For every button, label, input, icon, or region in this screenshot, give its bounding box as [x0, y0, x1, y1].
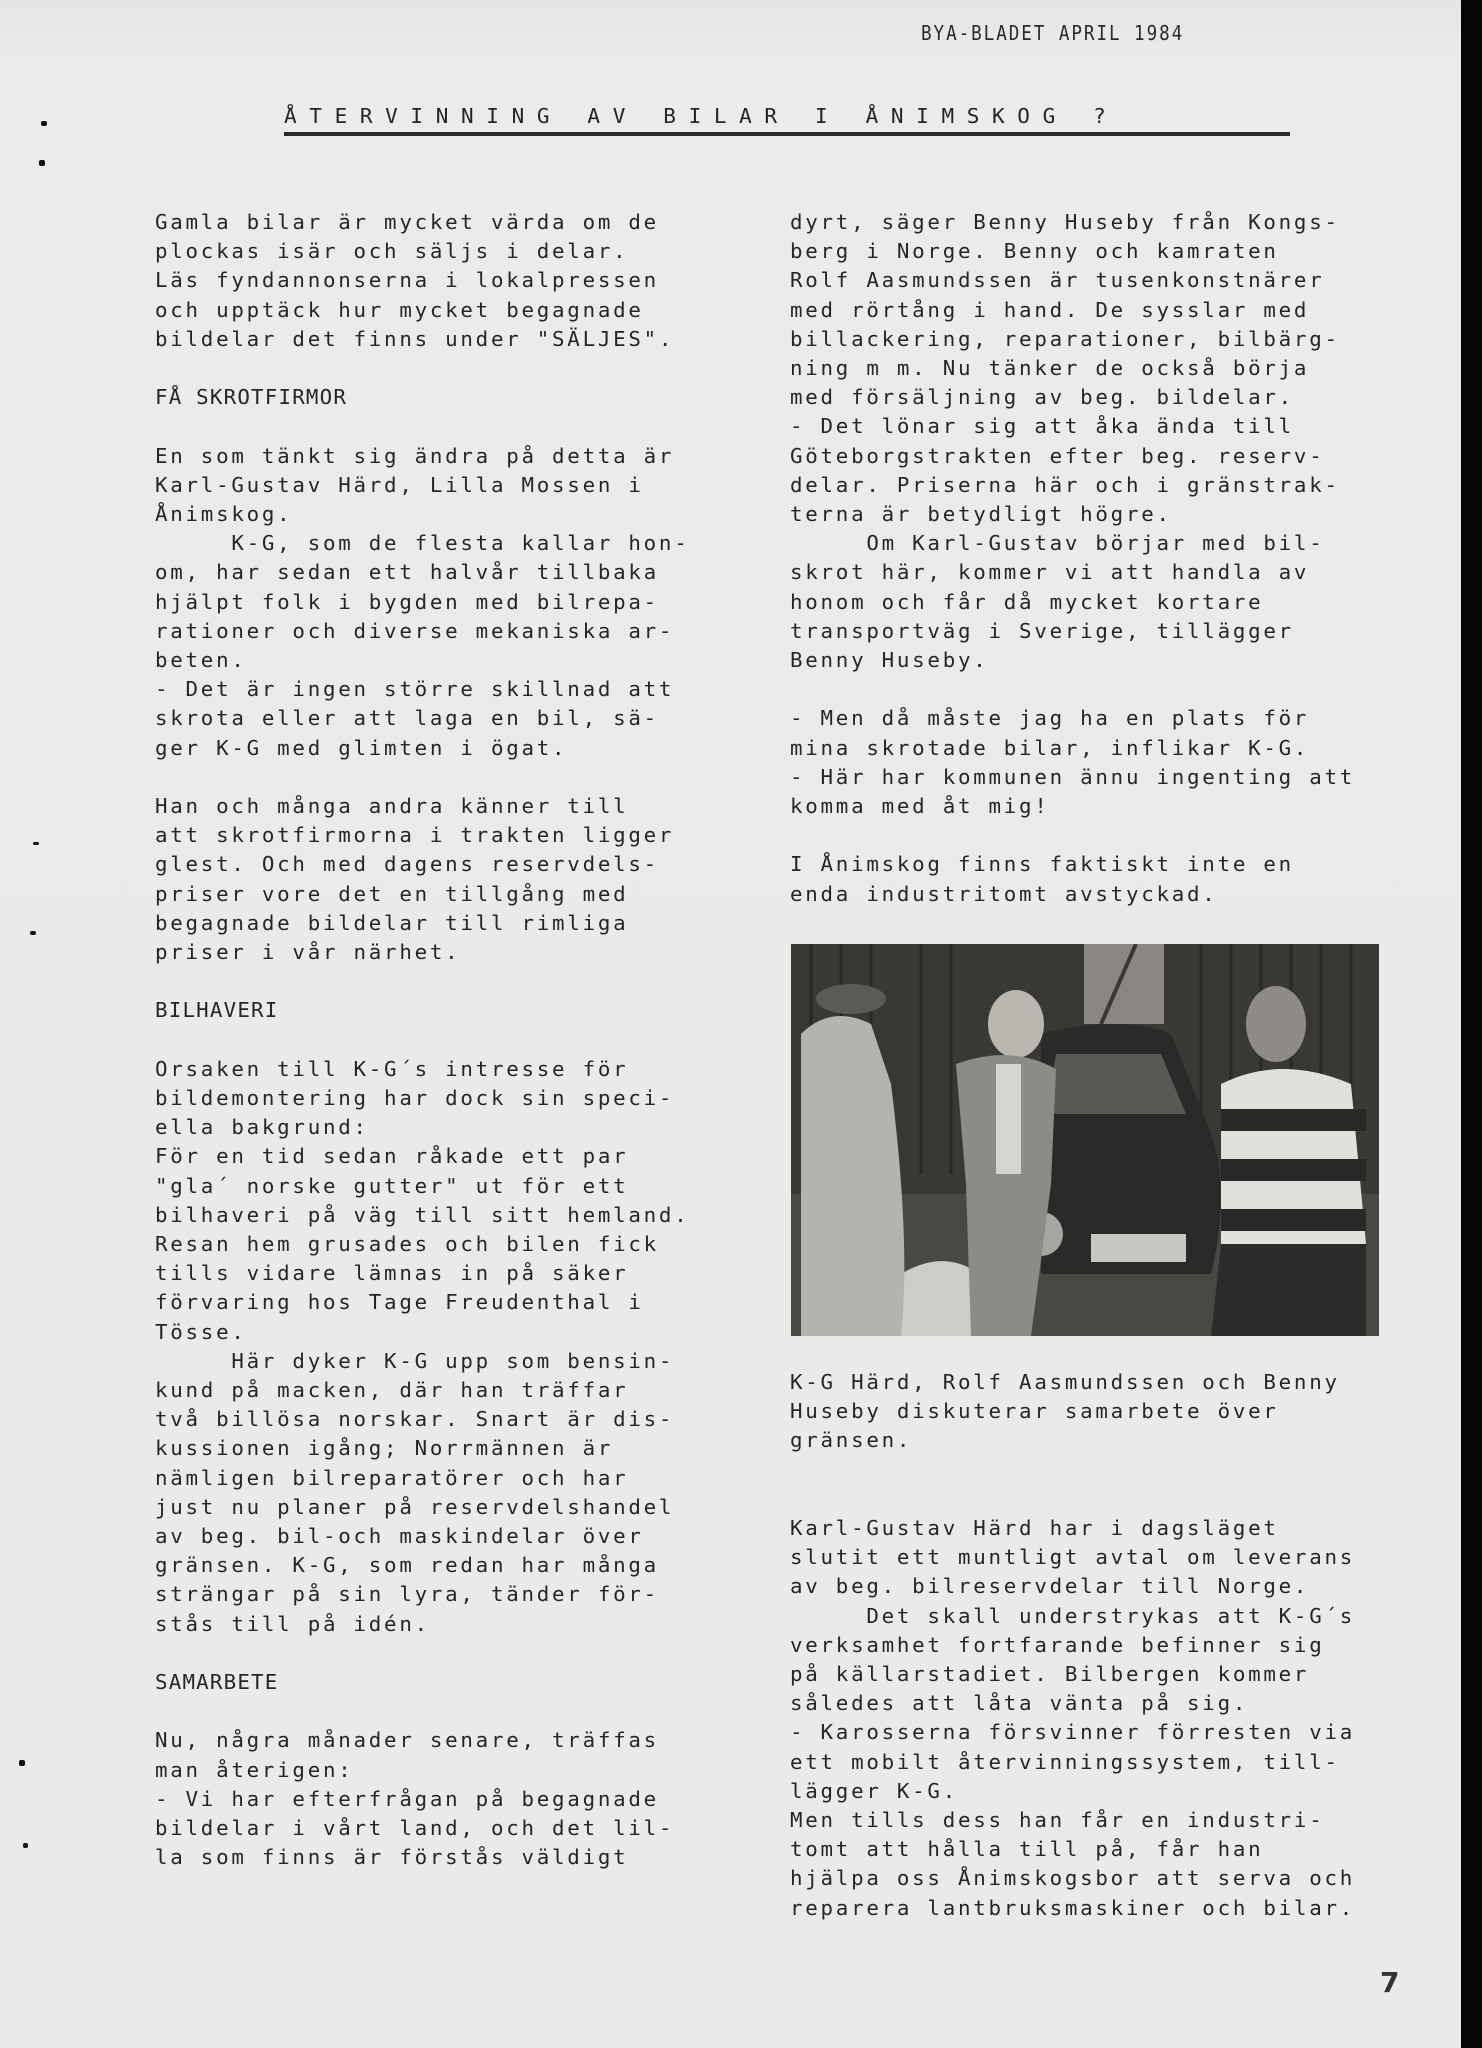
- text-line: med försäljning av beg. bildelar.: [790, 383, 1355, 412]
- title-underline: [284, 132, 1290, 136]
- right-column: dyrt, säger Benny Huseby från Kongs-berg…: [790, 208, 1355, 909]
- text-line: Han och många andra känner till: [155, 792, 689, 821]
- text-line: Huseby diskuterar samarbete över: [790, 1397, 1340, 1426]
- text-line: terna är betydligt högre.: [790, 500, 1355, 529]
- text-line: verksamhet fortfarande befinner sig: [790, 1631, 1355, 1660]
- text-line: gränsen. K-G, som redan har många: [155, 1551, 689, 1580]
- right-column-lower: Karl-Gustav Härd har i dagslägetslutit e…: [790, 1514, 1355, 1923]
- margin-mark: [30, 931, 36, 935]
- text-line: Läs fyndannonserna i lokalpressen: [155, 266, 689, 295]
- paragraph: En som tänkt sig ändra på detta ärKarl-G…: [155, 442, 689, 763]
- paragraph: Orsaken till K-G´s intresse förbildemont…: [155, 1055, 689, 1639]
- text-line: reparera lantbruksmaskiner och bilar.: [790, 1894, 1355, 1923]
- paragraph: Han och många andra känner tillatt skrot…: [155, 792, 689, 967]
- text-line: - Vi har efterfrågan på begagnade: [155, 1785, 689, 1814]
- text-line: Göteborgstrakten efter beg. reserv-: [790, 442, 1355, 471]
- text-line: Resan hem grusades och bilen fick: [155, 1230, 689, 1259]
- text-line: Karl-Gustav Härd har i dagsläget: [790, 1514, 1355, 1543]
- text-line: mina skrotade bilar, inflikar K-G.: [790, 734, 1355, 763]
- publication-header: BYA-BLADET APRIL 1984: [921, 21, 1184, 45]
- text-line: bildelar det finns under "SÄLJES".: [155, 325, 689, 354]
- margin-mark: [33, 842, 39, 845]
- paragraph: - Men då måste jag ha en plats förmina s…: [790, 704, 1355, 821]
- left-column: Gamla bilar är mycket värda om deplockas…: [155, 208, 689, 1872]
- text-line: Karl-Gustav Härd, Lilla Mossen i: [155, 471, 689, 500]
- text-line: nämligen bilreparatörer och har: [155, 1464, 689, 1493]
- margin-mark: [39, 160, 45, 166]
- text-line: priser vore det en tillgång med: [155, 880, 689, 909]
- text-line: bildemontering har dock sin speci-: [155, 1084, 689, 1113]
- text-line: ger K-G med glimten i ögat.: [155, 734, 689, 763]
- text-line: hjälpa oss Ånimskogsbor att serva och: [790, 1864, 1355, 1893]
- article-title: Å T E R V I N N I N G A V B I L A R I Å …: [284, 104, 1106, 128]
- text-line: Men tills dess han får en industri-: [790, 1806, 1355, 1835]
- text-line: ett mobilt återvinningssystem, till-: [790, 1748, 1355, 1777]
- text-line: således att låta vänta på sig.: [790, 1689, 1355, 1718]
- text-line: om, har sedan ett halvår tillbaka: [155, 558, 689, 587]
- text-line: berg i Norge. Benny och kamraten: [790, 237, 1355, 266]
- margin-mark: [23, 1843, 28, 1848]
- text-line: gränsen.: [790, 1426, 1340, 1455]
- text-line: skrot här, kommer vi att handla av: [790, 558, 1355, 587]
- text-line: på källarstadiet. Bilbergen kommer: [790, 1660, 1355, 1689]
- text-line: ning m m. Nu tänker de också börja: [790, 354, 1355, 383]
- photo-illustration: [791, 944, 1379, 1336]
- margin-mark: [41, 121, 47, 126]
- section-subheading: FÅ SKROTFIRMOR: [155, 383, 689, 412]
- text-line: lägger K-G.: [790, 1777, 1355, 1806]
- text-line: transportväg i Sverige, tillägger: [790, 617, 1355, 646]
- text-line: tills vidare lämnas in på säker: [155, 1259, 689, 1288]
- text-line: med rörtång i hand. De sysslar med: [790, 296, 1355, 325]
- text-line: man återigen:: [155, 1756, 689, 1785]
- text-line: För en tid sedan råkade ett par: [155, 1142, 689, 1171]
- text-line: Benny Huseby.: [790, 646, 1355, 675]
- text-line: enda industritomt avstyckad.: [790, 880, 1355, 909]
- text-line: la som finns är förstås väldigt: [155, 1843, 689, 1872]
- margin-mark: [19, 1760, 25, 1766]
- text-line: delar. Priserna här och i gränstrak-: [790, 471, 1355, 500]
- text-line: Om Karl-Gustav börjar med bil-: [790, 529, 1355, 558]
- text-line: beten.: [155, 646, 689, 675]
- text-line: priser i vår närhet.: [155, 938, 689, 967]
- text-line: kussionen igång; Norrmännen är: [155, 1434, 689, 1463]
- photo-caption: K-G Härd, Rolf Aasmundssen och BennyHuse…: [790, 1368, 1340, 1456]
- text-line: glest. Och med dagens reservdels-: [155, 850, 689, 879]
- text-line: rationer och diverse mekaniska ar-: [155, 617, 689, 646]
- text-line: - Här har kommunen ännu ingenting att: [790, 763, 1355, 792]
- text-line: Nu, några månader senare, träffas: [155, 1726, 689, 1755]
- text-line: Tösse.: [155, 1318, 689, 1347]
- text-line: "gla´ norske gutter" ut för ett: [155, 1172, 689, 1201]
- text-line: I Ånimskog finns faktiskt inte en: [790, 850, 1355, 879]
- text-line: K-G Härd, Rolf Aasmundssen och Benny: [790, 1368, 1340, 1397]
- text-line: - Det lönar sig att åka ända till: [790, 412, 1355, 441]
- text-line: Här dyker K-G upp som bensin-: [155, 1347, 689, 1376]
- text-line: - Men då måste jag ha en plats för: [790, 704, 1355, 733]
- text-line: tomt att hålla till på, får han: [790, 1835, 1355, 1864]
- text-line: Gamla bilar är mycket värda om de: [155, 208, 689, 237]
- text-line: strängar på sin lyra, tänder för-: [155, 1580, 689, 1609]
- text-line: komma med åt mig!: [790, 792, 1355, 821]
- text-line: Rolf Aasmundssen är tusenkonstnärer: [790, 266, 1355, 295]
- paragraph: dyrt, säger Benny Huseby från Kongs-berg…: [790, 208, 1355, 675]
- section-subheading: BILHAVERI: [155, 996, 689, 1025]
- text-line: Orsaken till K-G´s intresse för: [155, 1055, 689, 1084]
- paragraph: Nu, några månader senare, träffasman åte…: [155, 1726, 689, 1872]
- text-line: K-G, som de flesta kallar hon-: [155, 529, 689, 558]
- text-line: billackering, reparationer, bilbärg-: [790, 325, 1355, 354]
- text-line: förvaring hos Tage Freudenthal i: [155, 1288, 689, 1317]
- text-line: att skrotfirmorna i trakten ligger: [155, 821, 689, 850]
- text-line: skrota eller att laga en bil, sä-: [155, 704, 689, 733]
- text-line: begagnade bildelar till rimliga: [155, 909, 689, 938]
- page-number: 7: [1380, 1966, 1399, 1999]
- text-line: två billösa norskar. Snart är dis-: [155, 1405, 689, 1434]
- text-line: plockas isär och säljs i delar.: [155, 237, 689, 266]
- text-line: hjälpt folk i bygden med bilrepa-: [155, 588, 689, 617]
- article-photo: [791, 944, 1379, 1336]
- paragraph: I Ånimskog finns faktiskt inte enenda in…: [790, 850, 1355, 908]
- text-line: Ånimskog.: [155, 500, 689, 529]
- text-line: just nu planer på reservdelshandel: [155, 1493, 689, 1522]
- text-line: Det skall understrykas att K-G´s: [790, 1602, 1355, 1631]
- text-line: slutit ett muntligt avtal om leverans: [790, 1543, 1355, 1572]
- text-line: kund på macken, där han träffar: [155, 1376, 689, 1405]
- text-line: honom och får då mycket kortare: [790, 588, 1355, 617]
- text-line: bilhaveri på väg till sitt hemland.: [155, 1201, 689, 1230]
- text-line: - Karosserna försvinner förresten via: [790, 1718, 1355, 1747]
- text-line: bildelar i vårt land, och det lil-: [155, 1814, 689, 1843]
- paragraph: Gamla bilar är mycket värda om deplockas…: [155, 208, 689, 354]
- text-line: stås till på idén.: [155, 1610, 689, 1639]
- text-line: och upptäck hur mycket begagnade: [155, 296, 689, 325]
- text-line: av beg. bil-och maskindelar över: [155, 1522, 689, 1551]
- text-line: - Det är ingen större skillnad att: [155, 675, 689, 704]
- text-line: av beg. bilreservdelar till Norge.: [790, 1572, 1355, 1601]
- scan-binding-edge: [1461, 0, 1482, 2048]
- text-line: dyrt, säger Benny Huseby från Kongs-: [790, 208, 1355, 237]
- text-line: En som tänkt sig ändra på detta är: [155, 442, 689, 471]
- text-line: ella bakgrund:: [155, 1113, 689, 1142]
- section-subheading: SAMARBETE: [155, 1668, 689, 1697]
